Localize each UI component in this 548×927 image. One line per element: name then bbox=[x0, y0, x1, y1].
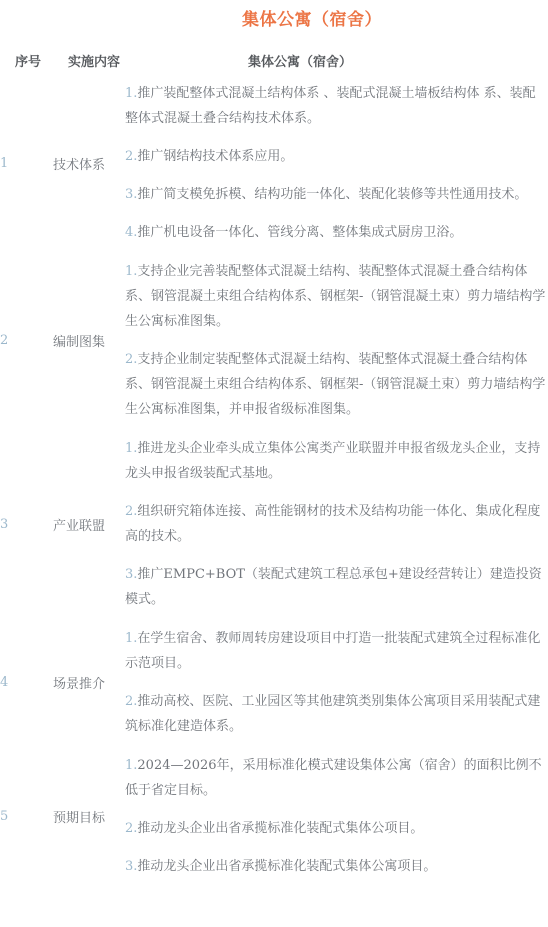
row-serial: 3 bbox=[0, 517, 53, 532]
row-serial: 4 bbox=[0, 675, 53, 690]
row-item: 1.推进龙头企业牵头成立集体公寓类产业联盟并申报省级龙头企业，支持龙头申报省级装… bbox=[125, 436, 548, 486]
item-text: 在学生宿舍、教师周转房建设项目中打造一批装配式建筑全过程标准化示范项目。 bbox=[125, 631, 540, 671]
row-items: 1.推进龙头企业牵头成立集体公寓类产业联盟并申报省级龙头企业，支持龙头申报省级装… bbox=[125, 436, 548, 612]
item-number: 2. bbox=[125, 694, 137, 709]
item-text: 推进龙头企业牵头成立集体公寓类产业联盟并申报省级龙头企业，支持龙头申报省级装配式… bbox=[125, 441, 540, 481]
item-number: 2. bbox=[125, 504, 137, 519]
col-header-no: 序号 bbox=[15, 54, 68, 72]
item-number: 1. bbox=[125, 758, 137, 773]
row-item: 4.推广机电设备一体化、管线分离、整体集成式厨房卫浴。 bbox=[125, 220, 548, 245]
item-number: 2. bbox=[125, 149, 137, 164]
row-label: 场景推介 bbox=[53, 673, 125, 692]
row-item: 2.推动龙头企业出省承揽标准化装配式集体公项目。 bbox=[125, 816, 548, 841]
item-text: 推广装配整体式混凝土结构体系 、装配式混凝土墙板结构体 系、装配整体式混凝土叠合… bbox=[125, 86, 536, 126]
row-items: 1.在学生宿舍、教师周转房建设项目中打造一批装配式建筑全过程标准化示范项目。2.… bbox=[125, 626, 548, 739]
row-label: 技术体系 bbox=[53, 154, 125, 173]
item-number: 1. bbox=[125, 631, 137, 646]
item-number: 1. bbox=[125, 264, 137, 279]
row-item: 1.推广装配整体式混凝土结构体系 、装配式混凝土墙板结构体 系、装配整体式混凝土… bbox=[125, 81, 548, 131]
item-text: 推动龙头企业出省承揽标准化装配式集体公寓项目。 bbox=[137, 859, 436, 874]
row-item: 3.推动龙头企业出省承揽标准化装配式集体公寓项目。 bbox=[125, 854, 548, 879]
row-item: 1.2024—2026年，采用标准化模式建设集体公寓（宿舍）的面积比例不低于省定… bbox=[125, 753, 548, 803]
item-number: 3. bbox=[125, 859, 137, 874]
row-items: 1.2024—2026年，采用标准化模式建设集体公寓（宿舍）的面积比例不低于省定… bbox=[125, 753, 548, 879]
row-items: 1.支持企业完善装配整体式混凝土结构、装配整体式混凝土叠合结构体系、钢管混凝土束… bbox=[125, 259, 548, 422]
item-text: 推广机电设备一体化、管线分离、整体集成式厨房卫浴。 bbox=[137, 225, 462, 240]
document-page: 集体公寓（宿舍） 序号 实施内容 集体公寓（宿舍） 1 技术体系 1.推广装配整… bbox=[0, 8, 548, 886]
col-header-content: 实施内容 bbox=[68, 54, 140, 72]
row-item: 1.支持企业完善装配整体式混凝土结构、装配整体式混凝土叠合结构体系、钢管混凝土束… bbox=[125, 259, 548, 334]
item-number: 1. bbox=[125, 441, 137, 456]
page-title: 集体公寓（宿舍） bbox=[0, 8, 548, 32]
row-item: 2.组织研究箱体连接、高性能钢材的技术及结构功能一体化、集成化程度高的技术。 bbox=[125, 499, 548, 549]
item-text: 组织研究箱体连接、高性能钢材的技术及结构功能一体化、集成化程度高的技术。 bbox=[125, 504, 540, 544]
row-label: 编制图集 bbox=[53, 331, 125, 350]
item-text: 推动龙头企业出省承揽标准化装配式集体公项目。 bbox=[137, 821, 423, 836]
table-row: 1 技术体系 1.推广装配整体式混凝土结构体系 、装配式混凝土墙板结构体 系、装… bbox=[0, 74, 548, 252]
row-serial: 1 bbox=[0, 156, 53, 171]
row-label: 产业联盟 bbox=[53, 515, 125, 534]
row-item: 3.推广简支模免拆模、结构功能一体化、装配化装修等共性通用技术。 bbox=[125, 182, 548, 207]
table-row: 2 编制图集 1.支持企业完善装配整体式混凝土结构、装配整体式混凝土叠合结构体系… bbox=[0, 252, 548, 429]
item-text: 支持企业制定装配整体式混凝土结构、装配整体式混凝土叠合结构体系、钢管混凝土束组合… bbox=[125, 352, 545, 417]
row-item: 2.支持企业制定装配整体式混凝土结构、装配整体式混凝土叠合结构体系、钢管混凝土束… bbox=[125, 347, 548, 422]
item-number: 2. bbox=[125, 352, 137, 367]
item-number: 1. bbox=[125, 86, 137, 101]
table-row: 5 预期目标 1.2024—2026年，采用标准化模式建设集体公寓（宿舍）的面积… bbox=[0, 746, 548, 886]
row-item: 2.推广钢结构技术体系应用。 bbox=[125, 144, 548, 169]
item-text: 2024—2026年，采用标准化模式建设集体公寓（宿舍）的面积比例不低于省定目标… bbox=[125, 758, 542, 798]
table-row: 3 产业联盟 1.推进龙头企业牵头成立集体公寓类产业联盟并申报省级龙头企业，支持… bbox=[0, 429, 548, 619]
row-item: 2.推动高校、医院、工业园区等其他建筑类别集体公寓项目采用装配式建筑标准化建造体… bbox=[125, 689, 548, 739]
row-item: 3.推广EMPC+BOT（装配式建筑工程总承包+建设经营转让）建造投资模式。 bbox=[125, 562, 548, 612]
item-number: 4. bbox=[125, 225, 137, 240]
item-number: 3. bbox=[125, 567, 137, 582]
item-text: 推广EMPC+BOT（装配式建筑工程总承包+建设经营转让）建造投资模式。 bbox=[125, 567, 542, 607]
item-text: 推动高校、医院、工业园区等其他建筑类别集体公寓项目采用装配式建筑标准化建造体系。 bbox=[125, 694, 540, 734]
table-row: 4 场景推介 1.在学生宿舍、教师周转房建设项目中打造一批装配式建筑全过程标准化… bbox=[0, 619, 548, 746]
row-item: 1.在学生宿舍、教师周转房建设项目中打造一批装配式建筑全过程标准化示范项目。 bbox=[125, 626, 548, 676]
col-header-detail: 集体公寓（宿舍） bbox=[140, 54, 538, 72]
table-body: 1 技术体系 1.推广装配整体式混凝土结构体系 、装配式混凝土墙板结构体 系、装… bbox=[0, 74, 548, 886]
item-number: 3. bbox=[125, 187, 137, 202]
row-items: 1.推广装配整体式混凝土结构体系 、装配式混凝土墙板结构体 系、装配整体式混凝土… bbox=[125, 81, 548, 245]
item-text: 推广简支模免拆模、结构功能一体化、装配化装修等共性通用技术。 bbox=[137, 187, 527, 202]
row-serial: 2 bbox=[0, 333, 53, 348]
item-number: 2. bbox=[125, 821, 137, 836]
row-serial: 5 bbox=[0, 809, 53, 824]
row-label: 预期目标 bbox=[53, 807, 125, 826]
table-header-row: 序号 实施内容 集体公寓（宿舍） bbox=[0, 54, 548, 72]
item-text: 支持企业完善装配整体式混凝土结构、装配整体式混凝土叠合结构体系、钢管混凝土束组合… bbox=[125, 264, 545, 329]
item-text: 推广钢结构技术体系应用。 bbox=[137, 149, 293, 164]
